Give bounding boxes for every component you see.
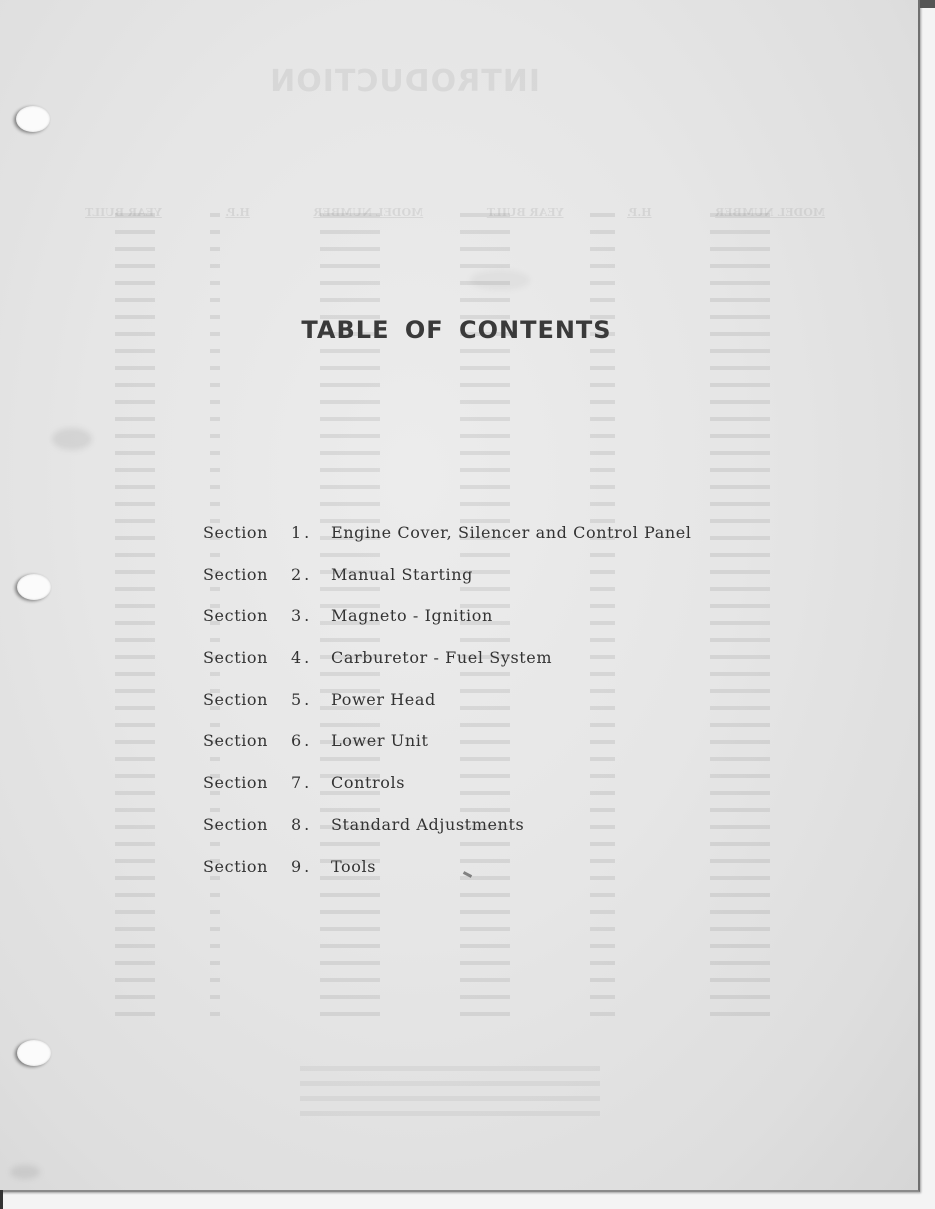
scan-edge-shadow bbox=[920, 0, 935, 8]
bleed-through-header: MODEL NUMBER bbox=[313, 206, 423, 219]
section-title: Carburetor - Fuel System bbox=[331, 648, 552, 667]
section-label: Section bbox=[203, 690, 268, 709]
bleed-through-header: MODEL NUMBER bbox=[715, 206, 825, 219]
section-number: 1. bbox=[291, 523, 312, 542]
section-label: Section bbox=[203, 523, 268, 542]
section-number: 5. bbox=[291, 690, 312, 709]
section-label: Section bbox=[203, 773, 268, 792]
section-label: Section bbox=[203, 731, 268, 750]
stray-pen-mark bbox=[463, 871, 472, 878]
section-number: 8. bbox=[291, 815, 312, 834]
section-label: Section bbox=[203, 815, 268, 834]
bleed-through-header: H.P. bbox=[627, 206, 652, 219]
section-title: Manual Starting bbox=[331, 565, 473, 584]
scan-edge-shadow bbox=[0, 1190, 3, 1209]
section-label: Section bbox=[203, 565, 268, 584]
scanned-page: INTRODUCTION MODEL NUMBER H.P. YEAR BUIL… bbox=[0, 0, 920, 1192]
section-title: Tools bbox=[331, 857, 376, 876]
section-title: Controls bbox=[331, 773, 405, 792]
section-number: 7. bbox=[291, 773, 312, 792]
section-label: Section bbox=[203, 857, 268, 876]
section-title: Engine Cover, Silencer and Control Panel bbox=[331, 523, 692, 542]
binder-hole bbox=[16, 106, 50, 132]
section-label: Section bbox=[203, 648, 268, 667]
bleed-through-header: H.P. bbox=[225, 206, 250, 219]
bleed-through-header: YEAR BUILT bbox=[85, 206, 162, 219]
section-number: 4. bbox=[291, 648, 312, 667]
scan-smudge bbox=[470, 270, 530, 290]
bleed-through-header: YEAR BUILT bbox=[487, 206, 564, 219]
section-number: 2. bbox=[291, 565, 312, 584]
section-title: Magneto - Ignition bbox=[331, 606, 493, 625]
scan-smudge bbox=[52, 428, 92, 450]
scan-smudge bbox=[10, 1165, 40, 1179]
section-number: 9. bbox=[291, 857, 312, 876]
bleed-through-footnotes bbox=[300, 1062, 600, 1122]
section-title: Lower Unit bbox=[331, 731, 429, 750]
bleed-through-headers: MODEL NUMBER H.P. YEAR BUILT MODEL NUMBE… bbox=[85, 206, 825, 219]
binder-hole bbox=[17, 1040, 51, 1066]
bleed-through-title: INTRODUCTION bbox=[330, 64, 540, 99]
binder-hole bbox=[17, 574, 51, 600]
section-title: Standard Adjustments bbox=[331, 815, 524, 834]
section-number: 3. bbox=[291, 606, 312, 625]
page-title: TABLE OF CONTENTS bbox=[0, 316, 913, 344]
section-number: 6. bbox=[291, 731, 312, 750]
section-title: Power Head bbox=[331, 690, 436, 709]
section-label: Section bbox=[203, 606, 268, 625]
